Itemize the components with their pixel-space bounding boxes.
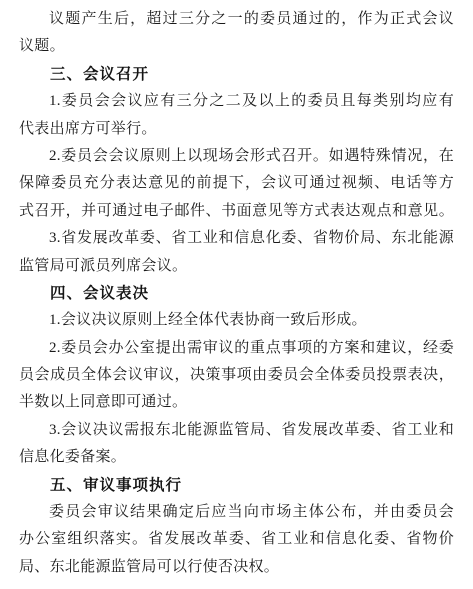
paragraph-line: 1.会议决议原则上经全体代表协商一致后形成。 xyxy=(19,307,454,334)
paragraph-line: 委员会审议结果确定后应当向市场主体公布，并由委员会 xyxy=(19,499,454,526)
paragraph-line: 半数以上同意即可通过。 xyxy=(19,389,454,416)
section-heading-deliberation-execution: 五、审议事项执行 xyxy=(19,472,454,499)
paragraph-line: 信息化委备案。 xyxy=(19,444,454,471)
paragraph-line: 式召开，并可通过电子邮件、书面意见等方式表达观点和意见。 xyxy=(19,198,454,225)
paragraph-line: 3.会议决议需报东北能源监管局、省发展改革委、省工业和 xyxy=(19,417,454,444)
section-heading-meeting-voting: 四、会议表决 xyxy=(19,280,454,307)
paragraph-line: 1.委员会会议应有三分之二及以上的委员且每类别均应有 xyxy=(19,88,454,115)
paragraph-line: 3.省发展改革委、省工业和信息化委、省物价局、东北能源 xyxy=(19,225,454,252)
paragraph-line: 监管局可派员列席会议。 xyxy=(19,253,454,280)
paragraph-line: 代表出席方可举行。 xyxy=(19,116,454,143)
paragraph-line: 局、东北能源监管局可以行使否决权。 xyxy=(19,554,454,581)
intro-line: 议题产生后，超过三分之一的委员通过的，作为正式会议 xyxy=(19,6,454,33)
paragraph-line: 员会成员全体会议审议，决策事项由委员会全体委员投票表决， xyxy=(19,362,454,389)
paragraph-line: 2.委员会办公室提出需审议的重点事项的方案和建议，经委 xyxy=(19,335,454,362)
section-heading-meeting-convening: 三、会议召开 xyxy=(19,61,454,88)
intro-line: 议题。 xyxy=(19,33,454,60)
paragraph-line: 办公室组织落实。省发展改革委、省工业和信息化委、省物价 xyxy=(19,526,454,553)
document-page: 议题产生后，超过三分之一的委员通过的，作为正式会议 议题。 三、会议召开 1.委… xyxy=(0,0,473,589)
paragraph-line: 2.委员会会议原则上以现场会形式召开。如遇特殊情况，在 xyxy=(19,143,454,170)
paragraph-line: 保障委员充分表达意见的前提下，会议可通过视频、电话等方 xyxy=(19,170,454,197)
